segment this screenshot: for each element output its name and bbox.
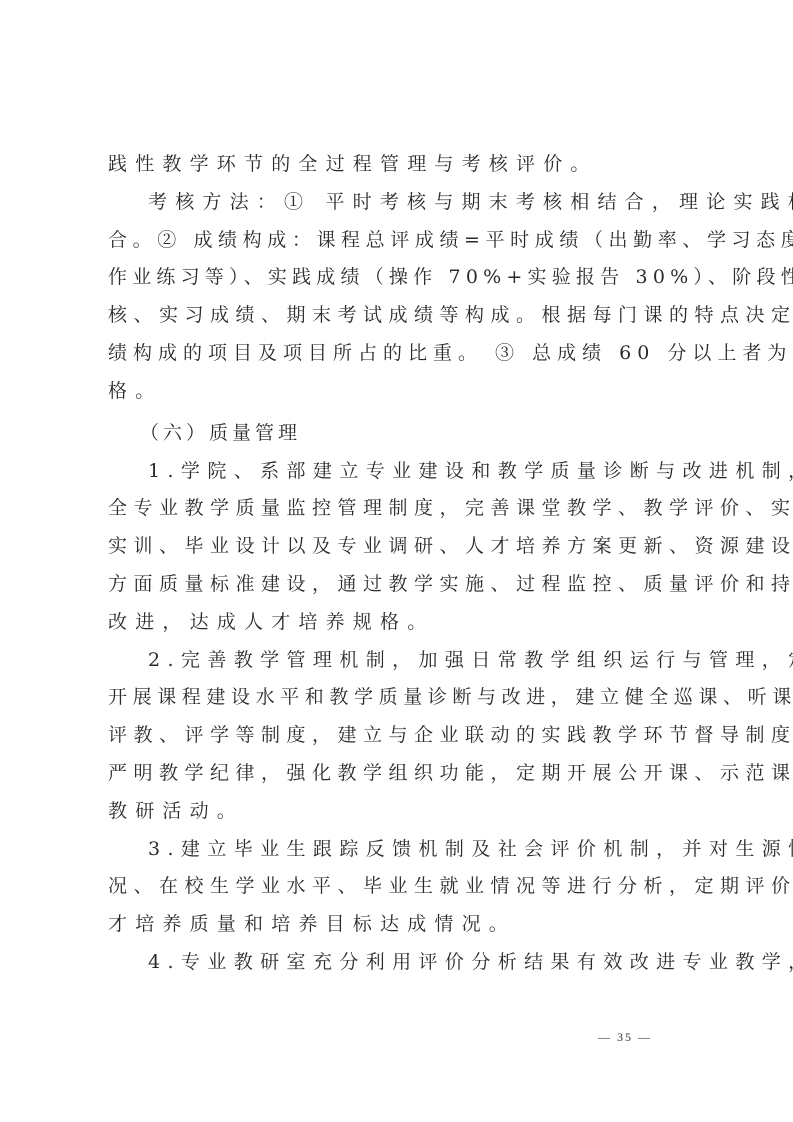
- text-line: 考核方法：① 平时考核与期末考核相结合，理论实践相结: [108, 184, 690, 222]
- text-line: 方面质量标准建设，通过教学实施、过程监控、质量评价和持续: [108, 566, 690, 604]
- text-line: 教研活动。: [108, 793, 690, 831]
- text-line: 2.完善教学管理机制，加强日常教学组织运行与管理，定期: [108, 642, 690, 680]
- text-line: 评教、评学等制度，建立与企业联动的实践教学环节督导制度，: [108, 717, 690, 755]
- text-line: 合。② 成绩构成：课程总评成绩=平时成绩（出勤率、学习态度、: [108, 222, 690, 260]
- text-line: 绩构成的项目及项目所占的比重。 ③ 总成绩 60 分以上者为及: [108, 335, 690, 373]
- text-line: 才培养质量和培养目标达成情况。: [108, 906, 690, 944]
- text-line: 开展课程建设水平和教学质量诊断与改进，建立健全巡课、听课、: [108, 679, 690, 717]
- text-line: 作业练习等）、实践成绩（操作 70%+实验报告 30%）、阶段性考: [108, 259, 690, 297]
- text-line: 践性教学环节的全过程管理与考核评价。: [108, 146, 690, 184]
- text-line: 况、在校生学业水平、毕业生就业情况等进行分析，定期评价人: [108, 868, 690, 906]
- text-line: 改进，达成人才培养规格。: [108, 604, 690, 642]
- text-line: 格。: [108, 373, 690, 411]
- section-heading: （六）质量管理: [108, 411, 690, 453]
- document-body: 践性教学环节的全过程管理与考核评价。 考核方法：① 平时考核与期末考核相结合，理…: [108, 146, 690, 982]
- text-line: 严明教学纪律，强化教学组织功能，定期开展公开课、示范课等: [108, 755, 690, 793]
- text-line: 3.建立毕业生跟踪反馈机制及社会评价机制，并对生源情: [108, 831, 690, 869]
- text-line: 1.学院、系部建立专业建设和教学质量诊断与改进机制，健: [108, 453, 690, 491]
- text-line: 实训、毕业设计以及专业调研、人才培养方案更新、资源建设等: [108, 528, 690, 566]
- page-number: — 35 —: [598, 1030, 652, 1045]
- text-line: 4.专业教研室充分利用评价分析结果有效改进专业教学，持: [108, 944, 690, 982]
- text-line: 全专业教学质量监控管理制度，完善课堂教学、教学评价、实习: [108, 490, 690, 528]
- text-line: 核、实习成绩、期末考试成绩等构成。根据每门课的特点决定成: [108, 297, 690, 335]
